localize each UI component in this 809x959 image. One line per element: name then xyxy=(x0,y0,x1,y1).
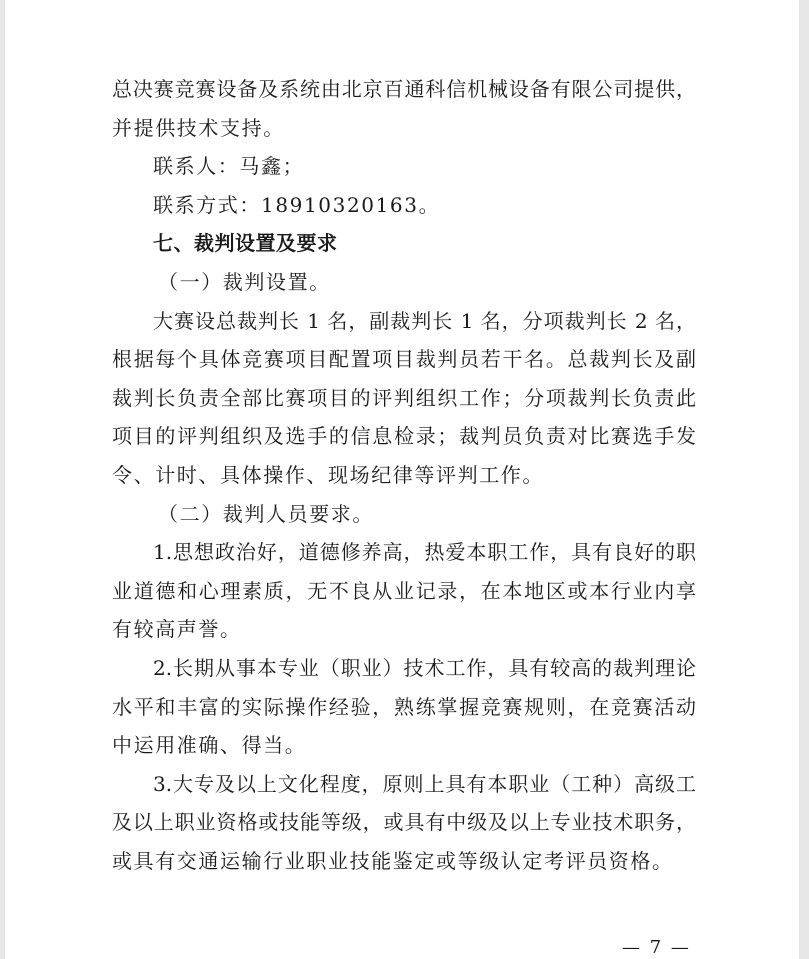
paragraph-line: 令、计时、具体操作、现场纪律等评判工作。 xyxy=(112,456,696,495)
list-item-line: 3.大专及以上文化程度，原则上具有本职业（工种）高级工 xyxy=(112,765,696,804)
paragraph-line: 并提供技术支持。 xyxy=(112,109,696,148)
document-page: 总决赛竞赛设备及系统由北京百通科信机械设备有限公司提供， 并提供技术支持。 联系… xyxy=(5,0,799,959)
list-item-line: 1.思想政治好，道德修养高，热爱本职工作，具有良好的职 xyxy=(112,533,696,572)
list-item-line: 水平和丰富的实际操作经验，熟练掌握竞赛规则，在竞赛活动 xyxy=(112,688,696,727)
contact-person-line: 联系人：马鑫； xyxy=(112,147,696,186)
paragraph-line: 总决赛竞赛设备及系统由北京百通科信机械设备有限公司提供， xyxy=(112,70,696,109)
section-heading: 七、裁判设置及要求 xyxy=(112,224,696,263)
paragraph-line: 大赛设总裁判长 1 名，副裁判长 1 名，分项裁判长 2 名， xyxy=(112,302,696,341)
list-item-line: 中运用准确、得当。 xyxy=(112,726,696,765)
list-item-line: 有较高声誉。 xyxy=(112,610,696,649)
document-body: 总决赛竞赛设备及系统由北京百通科信机械设备有限公司提供， 并提供技术支持。 联系… xyxy=(112,70,696,880)
contact-phone-line: 联系方式：18910320163。 xyxy=(112,186,696,225)
paragraph-line: 根据每个具体竞赛项目配置项目裁判员若干名。总裁判长及副 xyxy=(112,340,696,379)
page-number: — 7 — xyxy=(622,937,691,958)
list-item-line: 2.长期从事本专业（职业）技术工作，具有较高的裁判理论 xyxy=(112,649,696,688)
list-item-line: 业道德和心理素质，无不良从业记录，在本地区或本行业内享 xyxy=(112,572,696,611)
subsection-title: （一）裁判设置。 xyxy=(112,263,696,302)
list-item-line: 及以上职业资格或技能等级，或具有中级及以上专业技术职务， xyxy=(112,803,696,842)
subsection-title: （二）裁判人员要求。 xyxy=(112,495,696,534)
list-item-line: 或具有交通运输行业职业技能鉴定或等级认定考评员资格。 xyxy=(112,842,696,881)
paragraph-line: 项目的评判组织及选手的信息检录；裁判员负责对比赛选手发 xyxy=(112,417,696,456)
paragraph-line: 裁判长负责全部比赛项目的评判组织工作；分项裁判长负责此 xyxy=(112,379,696,418)
